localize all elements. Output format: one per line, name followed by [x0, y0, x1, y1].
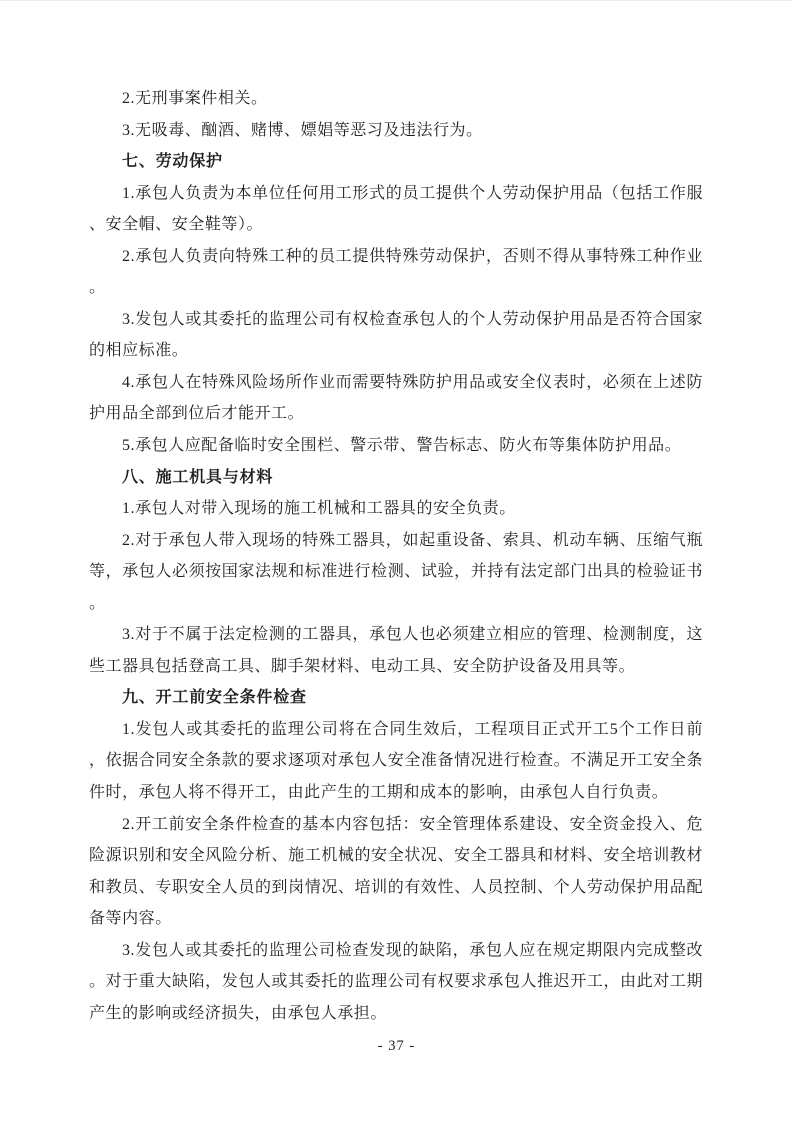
paragraph: 2.对于承包人带入现场的特殊工器具，如起重设备、索具、机动车辆、压缩气瓶等，承包…	[89, 525, 703, 620]
page-footer: - 37 -	[0, 1038, 793, 1055]
section-heading: 八、施工机具与材料	[89, 462, 703, 494]
document-body: 2.无刑事案件相关。3.无吸毒、酗酒、赌博、嫖娼等恶习及违法行为。七、劳动保护1…	[89, 83, 703, 1029]
paragraph: 5.承包人应配备临时安全围栏、警示带、警告标志、防火布等集体防护用品。	[89, 430, 703, 462]
paragraph: 3.无吸毒、酗酒、赌博、嫖娼等恶习及违法行为。	[89, 115, 703, 147]
section-heading: 九、开工前安全条件检查	[89, 682, 703, 714]
paragraph: 3.发包人或其委托的监理公司有权检查承包人的个人劳动保护用品是否符合国家的相应标…	[89, 304, 703, 367]
paragraph: 2.开工前安全条件检查的基本内容包括：安全管理体系建设、安全资金投入、危险源识别…	[89, 809, 703, 935]
paragraph: 2.承包人负责向特殊工种的员工提供特殊劳动保护，否则不得从事特殊工种作业。	[89, 241, 703, 304]
paragraph: 3.对于不属于法定检测的工器具，承包人也必须建立相应的管理、检测制度，这些工器具…	[89, 619, 703, 682]
document-page: 2.无刑事案件相关。3.无吸毒、酗酒、赌博、嫖娼等恶习及违法行为。七、劳动保护1…	[0, 0, 793, 1122]
paragraph: 3.发包人或其委托的监理公司检查发现的缺陷，承包人应在规定期限内完成整改。对于重…	[89, 935, 703, 1030]
page-number: - 37 -	[378, 1038, 415, 1054]
paragraph: 2.无刑事案件相关。	[89, 83, 703, 115]
paragraph: 1.承包人对带入现场的施工机械和工器具的安全负责。	[89, 493, 703, 525]
paragraph: 1.承包人负责为本单位任何用工形式的员工提供个人劳动保护用品（包括工作服、安全帽…	[89, 178, 703, 241]
paragraph: 4.承包人在特殊风险场所作业而需要特殊防护用品或安全仪表时，必须在上述防护用品全…	[89, 367, 703, 430]
paragraph: 1.发包人或其委托的监理公司将在合同生效后，工程项目正式开工5个工作日前，依据合…	[89, 714, 703, 809]
section-heading: 七、劳动保护	[89, 146, 703, 178]
